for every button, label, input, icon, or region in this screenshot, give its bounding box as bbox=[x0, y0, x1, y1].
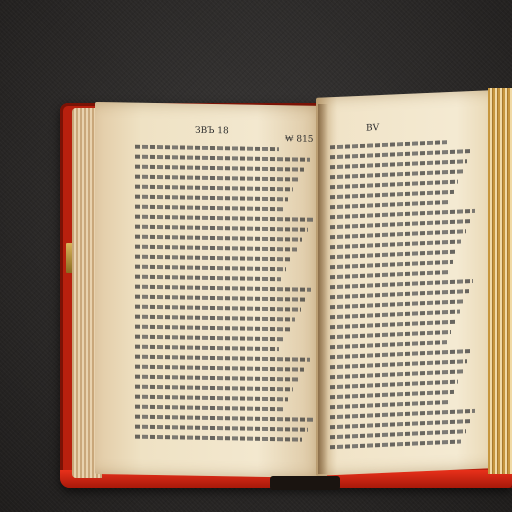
text-line bbox=[135, 315, 295, 322]
text-line bbox=[135, 395, 288, 402]
text-line bbox=[330, 400, 450, 409]
text-line bbox=[330, 320, 456, 329]
text-line bbox=[135, 365, 304, 372]
text-line bbox=[135, 165, 304, 172]
right-page-text bbox=[330, 139, 476, 450]
book-strap bbox=[270, 476, 340, 490]
text-line bbox=[135, 405, 283, 412]
text-line bbox=[330, 279, 473, 289]
text-line bbox=[135, 385, 293, 392]
text-line bbox=[330, 140, 447, 149]
text-line bbox=[135, 145, 279, 152]
text-line bbox=[135, 215, 313, 222]
text-line bbox=[135, 205, 283, 212]
text-line bbox=[135, 435, 302, 442]
text-line bbox=[330, 200, 450, 209]
text-line bbox=[330, 169, 463, 179]
text-line bbox=[135, 175, 299, 182]
text-line bbox=[135, 295, 306, 302]
text-line bbox=[330, 149, 472, 159]
text-line bbox=[330, 299, 464, 309]
text-line bbox=[135, 155, 310, 162]
text-line bbox=[330, 229, 466, 239]
text-line bbox=[330, 289, 469, 299]
text-line bbox=[330, 190, 454, 199]
right-page-header: BV bbox=[366, 123, 379, 134]
text-line bbox=[330, 330, 451, 339]
text-line bbox=[135, 185, 293, 192]
left-page-text bbox=[135, 145, 315, 448]
text-line bbox=[330, 239, 461, 249]
text-line bbox=[135, 425, 308, 432]
text-line bbox=[330, 380, 458, 390]
text-line bbox=[330, 349, 472, 359]
text-line bbox=[135, 305, 301, 312]
text-line bbox=[330, 180, 458, 190]
text-line bbox=[135, 225, 308, 232]
text-line bbox=[330, 419, 470, 429]
text-line bbox=[330, 390, 454, 399]
text-line bbox=[330, 429, 466, 439]
text-line bbox=[135, 325, 290, 332]
left-page: ЗВЪ 18 ₩ 815 bbox=[95, 102, 327, 478]
text-line bbox=[330, 340, 447, 349]
text-line bbox=[330, 219, 470, 229]
text-line bbox=[135, 335, 284, 342]
text-line bbox=[135, 255, 292, 262]
text-line bbox=[330, 250, 457, 260]
text-line bbox=[330, 159, 467, 169]
text-line bbox=[135, 195, 288, 202]
text-line bbox=[135, 235, 302, 242]
text-line bbox=[330, 369, 463, 379]
left-page-number: ₩ 815 bbox=[285, 133, 314, 144]
text-line bbox=[135, 265, 286, 272]
text-line bbox=[135, 275, 281, 282]
text-line bbox=[330, 260, 453, 269]
text-line bbox=[135, 245, 297, 252]
left-page-header: ЗВЪ 18 bbox=[195, 126, 229, 137]
text-line bbox=[135, 355, 310, 362]
right-page: BV bbox=[316, 90, 492, 476]
text-line bbox=[330, 409, 475, 419]
right-page-stack bbox=[488, 88, 512, 474]
text-line bbox=[135, 285, 311, 292]
text-line bbox=[330, 209, 475, 219]
text-line bbox=[135, 375, 299, 382]
text-line bbox=[135, 415, 313, 422]
spine-shadow bbox=[318, 104, 328, 474]
text-line bbox=[330, 359, 467, 369]
text-line bbox=[135, 345, 279, 352]
text-line bbox=[330, 270, 448, 279]
text-line bbox=[330, 439, 461, 449]
text-line bbox=[330, 310, 460, 320]
